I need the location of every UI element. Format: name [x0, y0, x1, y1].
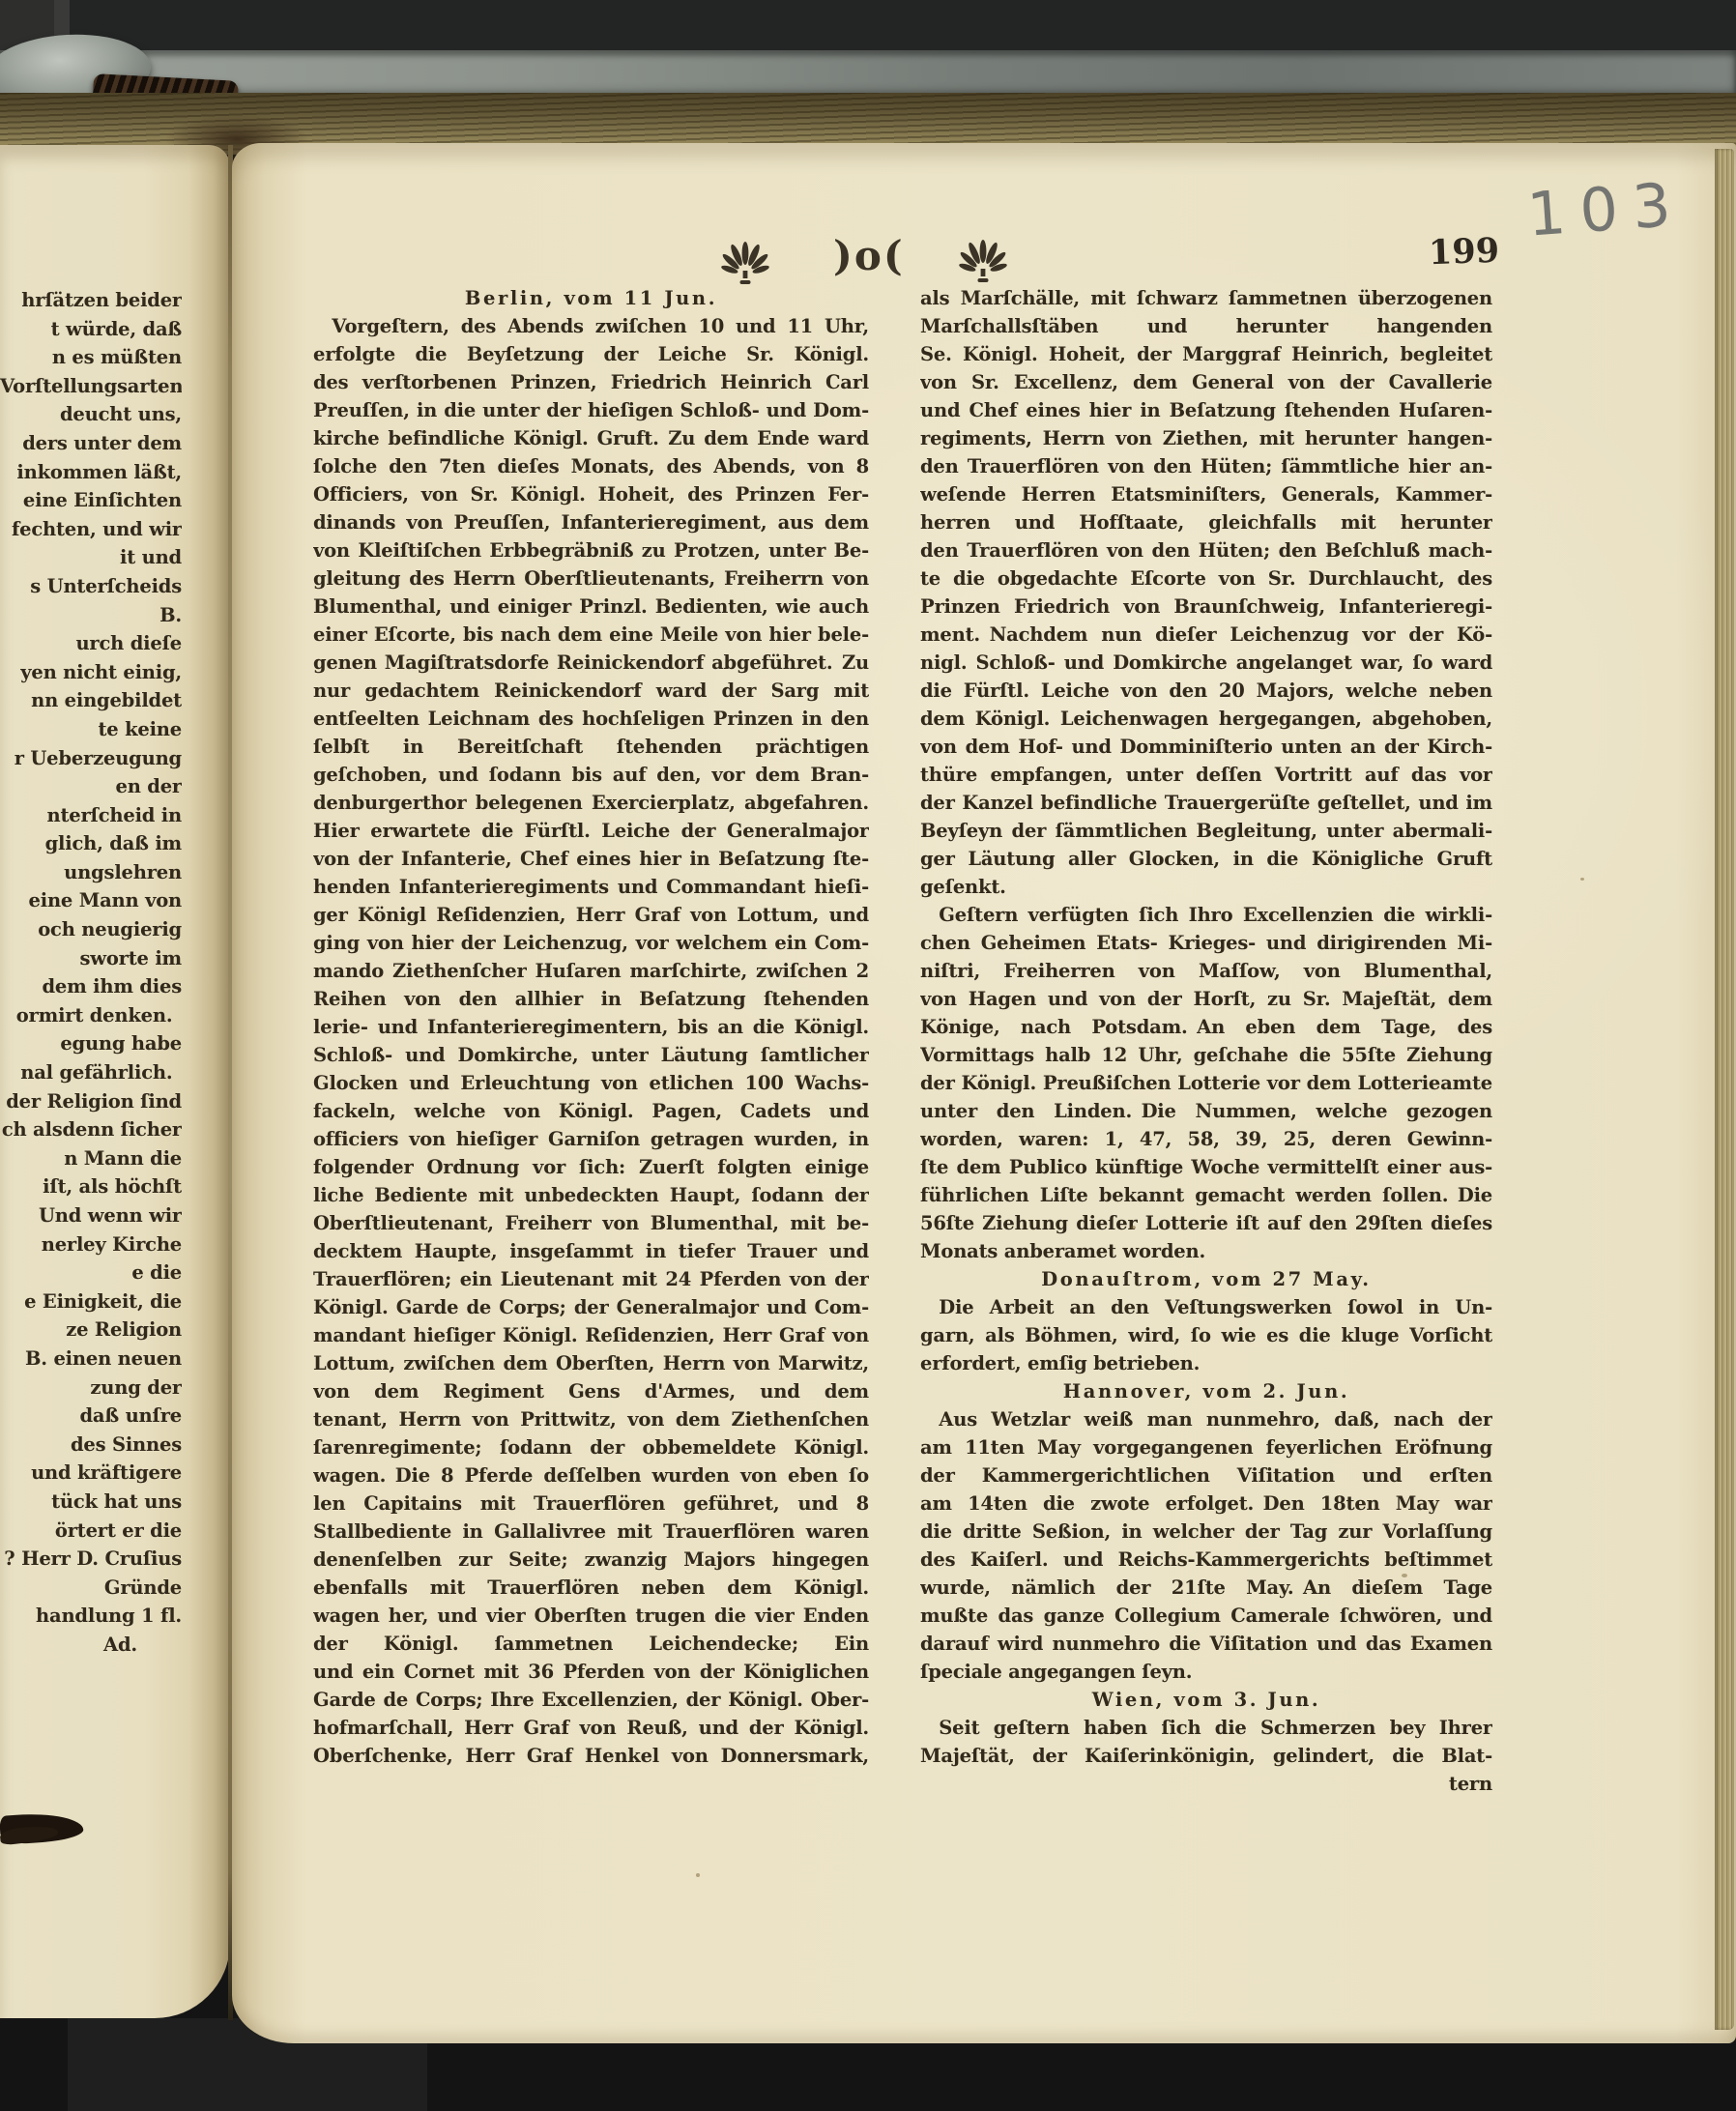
- text-line: ger Läutung aller Glocken, in die Königl…: [920, 845, 1492, 873]
- text-line: eine Mann von einer: [0, 886, 182, 915]
- text-line: ormirt denken. Aber: [0, 1001, 182, 1030]
- text-line: it und Gleichgültigkeit: [0, 543, 182, 572]
- text-line: des Sinnes gemäßer: [0, 1431, 182, 1460]
- text-line: weſende Herren Etatsminiſters, Generals,…: [920, 480, 1492, 508]
- text-line: mando Ziethenſcher Huſaren marſchirte, z…: [313, 957, 869, 985]
- text-line: genen Magiſtratsdorfe Reinickendorf abge…: [313, 649, 869, 677]
- text-line: Schloß- und Domkirche, unter Läutung ſam…: [313, 1041, 869, 1069]
- text-line: Marſchallsſtäben und herunter hangenden …: [920, 312, 1492, 340]
- text-line: sworte im Abendmahl: [0, 944, 182, 973]
- text-line: von Kleiſtiſchen Erbbegräbniß zu Protzen…: [313, 536, 869, 564]
- text-line: denburgerthor belegenen Exercierplatz, a…: [313, 789, 869, 817]
- text-line: des verſtorbenen Prinzen, Friedrich Hein…: [313, 368, 869, 396]
- text-line: Hier erwartete die Fürſtl. Leiche der Ge…: [313, 817, 869, 845]
- text-line: te die obgedachte Eſcorte von Sr. Durchl…: [920, 564, 1492, 593]
- text-line: und ein Cornet mit 36 Pferden von der Kö…: [313, 1658, 869, 1686]
- left-page-column: hrſätzen beider Kirchent würde, daß desh…: [0, 286, 182, 1660]
- text-line: B. Unionsvorſchläge,: [0, 601, 182, 630]
- text-line: Hannover, vom 2. Jun.: [920, 1377, 1492, 1405]
- text-line: och neugierig ſeyn, zu: [0, 915, 182, 944]
- text-line: von dem Regiment Gens d'Armes, und dem O…: [313, 1377, 869, 1405]
- signature-mark: )o(: [833, 232, 905, 279]
- text-line: nur gedachtem Reinickendorf ward der Sar…: [313, 677, 869, 705]
- main-page: )o( 199 103 Berlin, vom 11 Jun. Vorgeſte: [232, 143, 1736, 2043]
- text-line: regiments, Herrn von Ziethen, mit herunt…: [920, 424, 1492, 452]
- text-line: fechten, und wir fürch-: [0, 515, 182, 544]
- text-line: e die Communion ver-: [0, 1258, 182, 1287]
- text-line: ze Religion hätte.: [0, 1316, 182, 1345]
- text-line: Könige, nach Potsdam. An eben dem Tage, …: [920, 1013, 1492, 1041]
- text-line: liche Bediente mit unbedeckten Haupt, ſo…: [313, 1181, 869, 1209]
- left-page: hrſätzen beider Kirchent würde, daß desh…: [0, 145, 230, 2018]
- text-line: von der Infanterie, Chef eines hier in B…: [313, 845, 869, 873]
- text-line: der Kanzel befindliche Trauergerüſte geſ…: [920, 789, 1492, 817]
- text-line: gleitung des Herrn Oberſtlieutenants, Fr…: [313, 564, 869, 593]
- text-line: te keine Fundamental-: [0, 715, 182, 744]
- text-line: ebenfalls mit Trauerflören neben dem Kön…: [313, 1574, 869, 1602]
- text-line: hofmarſchall, Herr Graf von Reuß, und de…: [313, 1714, 869, 1742]
- foliation-stamp: 103: [1525, 168, 1688, 249]
- text-line: Reihen von den allhier in Beſatzung ſteh…: [313, 985, 869, 1013]
- text-line: r Ueberzeugung beider-: [0, 744, 182, 773]
- text-line: ch alsdenn ſicher blei-: [0, 1115, 182, 1144]
- text-line: Majeſtät, der Kaiſerinkönigin, gelindert…: [920, 1742, 1492, 1770]
- text-line: niſtri, Freiherren von Maſſow, von Blume…: [920, 957, 1492, 985]
- book-scan: hrſätzen beider Kirchent würde, daß desh…: [0, 0, 1736, 2111]
- text-line: 56ſte Ziehung dieſer Lotterie iſt auf de…: [920, 1209, 1492, 1237]
- text-line: Seit geſtern haben ſich die Schmerzen be…: [920, 1714, 1492, 1742]
- text-line: ungslehren ausgelaſſen: [0, 858, 182, 887]
- fore-edge-stack: [1715, 149, 1734, 2030]
- text-line: egung habe keinen Ein-: [0, 1029, 182, 1058]
- text-line: Vormittags halb 12 Uhr, geſchahe die 55ſ…: [920, 1041, 1492, 1069]
- text-column-2: als Marſchälle, mit ſchwarz ſammetnen üb…: [920, 284, 1492, 1798]
- text-line: wagen her, und vier Oberſten trugen die …: [313, 1602, 869, 1630]
- text-line: Geſtern verfügten ſich Ihro Excellenzien…: [920, 901, 1492, 929]
- text-line: ders unter dem gemei-: [0, 429, 182, 458]
- text-line: ſelbſt in Bereitſchaft ſtehenden prächti…: [313, 733, 869, 761]
- text-line: Donauſtrom, vom 27 May.: [920, 1265, 1492, 1293]
- text-line: der Religion ſind wir: [0, 1087, 182, 1116]
- text-line: Wien, vom 3. Jun.: [920, 1686, 1492, 1714]
- text-line: Beyſeyn der ſämmtlichen Begleitung, unte…: [920, 817, 1492, 845]
- text-line: örtert er die Frage:: [0, 1517, 182, 1546]
- text-line: der Kammergerichtlichen Viſitation und e…: [920, 1461, 1492, 1489]
- text-line: zung der Einſetzungs-: [0, 1374, 182, 1403]
- text-line: inkommen läßt, einem: [0, 458, 182, 487]
- text-line: Officiers, von Sr. Königl. Hoheit, des P…: [313, 480, 869, 508]
- text-line: thüre empfangen, unter deſſen Vortritt a…: [920, 761, 1492, 789]
- text-line: s Unterſcheids der Re-: [0, 572, 182, 601]
- text-line: urch dieſe Vorſchlage: [0, 629, 182, 658]
- text-line: nerley Kirche lehrten,: [0, 1230, 182, 1259]
- text-line: Oberſtlieutenant, Freiherr von Blumentha…: [313, 1209, 869, 1237]
- text-line: nigl. Schloß- und Domkirche angelanget w…: [920, 649, 1492, 677]
- text-line: Blumenthal, und einiger Prinzl. Bediente…: [313, 593, 869, 621]
- text-line: B. einen neuen Be-: [0, 1345, 182, 1374]
- text-line: n Mann die Unterſchei-: [0, 1144, 182, 1173]
- text-line: folgender Ordnung vor ſich: Zuerſt folgt…: [313, 1153, 869, 1181]
- text-line: dinands von Preuſſen, Infanterieregiment…: [313, 508, 869, 536]
- text-line: Lottum, zwiſchen dem Oberſten, Herrn von…: [313, 1349, 869, 1377]
- text-line: darauf wird nunmehro die Viſitation und …: [920, 1630, 1492, 1658]
- text-line: handlung 1 fl.: [0, 1602, 182, 1631]
- text-line: officiers von hieſiger Garniſon getragen…: [313, 1125, 869, 1153]
- text-line: henden Infanterieregiments und Commandan…: [313, 873, 869, 901]
- text-line: len Capitains mit Trauerflören geführet,…: [313, 1489, 869, 1518]
- text-line: Se. Königl. Hoheit, der Marggraf Heinric…: [920, 340, 1492, 368]
- text-line: mußte das ganze Collegium Camerale ſchwö…: [920, 1602, 1492, 1630]
- text-line: erfolgte die Beyſetzung der Leiche Sr. K…: [313, 340, 869, 368]
- text-line: nn eingebildet werden: [0, 686, 182, 715]
- text-line: Die Arbeit an den Veſtungswerken ſowol i…: [920, 1293, 1492, 1321]
- text-line: nal gefährlich. Vor: [0, 1058, 182, 1087]
- text-line: und Chef eines hier in Beſatzung ſtehend…: [920, 396, 1492, 424]
- text-line: von Hagen und von der Horſt, zu Sr. Maje…: [920, 985, 1492, 1013]
- text-line: Vorgeſtern, des Abends zwiſchen 10 und 1…: [313, 312, 869, 340]
- text-line: Garde de Corps; Ihre Excellenzien, der K…: [313, 1686, 869, 1714]
- text-line: ging von hier der Leichenzug, vor welche…: [313, 929, 869, 957]
- text-line: Prinzen Friedrich von Braunſchweig, Infa…: [920, 593, 1492, 621]
- text-line: am 14ten die zwote erfolget. Den 18ten M…: [920, 1489, 1492, 1518]
- text-line: glich, daß im catecheti-: [0, 829, 182, 858]
- text-line: deucht uns, geſchicht: [0, 400, 182, 429]
- text-line: von Sr. Excellenz, dem General von der C…: [920, 368, 1492, 396]
- text-line: nterſcheid in Hauptbe-: [0, 801, 182, 830]
- text-line: n es müßten einem je-: [0, 343, 182, 372]
- text-line: Berlin, vom 11 Jun.: [313, 284, 869, 312]
- text-line: Preuſſen, in die unter der hieſigen Schl…: [313, 396, 869, 424]
- text-line: herren und Hofſtaate, gleichfalls mit he…: [920, 508, 1492, 536]
- text-line: einer Eſcorte, bis nach dem eine Meile v…: [313, 621, 869, 649]
- text-line: wagen. Die 8 Pferde deſſelben wurden von…: [313, 1461, 869, 1489]
- text-line: iſt, als höchſt wichtig: [0, 1172, 182, 1201]
- text-line: am 11ten May vorgegangenen feyerlichen E…: [920, 1433, 1492, 1461]
- text-line: worden, waren: 1, 47, 58, 39, 25, deren …: [920, 1125, 1492, 1153]
- text-line: Gründe widerlegt. —: [0, 1574, 182, 1603]
- text-line: als Marſchälle, mit ſchwarz ſammetnen üb…: [920, 284, 1492, 312]
- text-line: die Fürſtl. Leiche von den 20 Majors, we…: [920, 677, 1492, 705]
- text-line: eine Einſichten zu be-: [0, 486, 182, 515]
- text-line: tenant, Herrn von Prittwitz, von dem Zie…: [313, 1405, 869, 1433]
- text-line: von dem Hof- und Domminiſterio unten an …: [920, 733, 1492, 761]
- text-line: Und wenn wir auch: [0, 1201, 182, 1230]
- text-line: ſpeciale angegangen ſeyn.: [920, 1658, 1492, 1686]
- text-line: des Kaiſerl. und Reichs-Kammergerichts b…: [920, 1546, 1492, 1574]
- text-line: und kräftigere Wahr-: [0, 1459, 182, 1488]
- text-line: tück hat uns ausneh-: [0, 1488, 182, 1517]
- text-line: garn, als Böhmen, wird, ſo wie es die kl…: [920, 1321, 1492, 1349]
- text-line: hrſätzen beider Kirchen: [0, 286, 182, 315]
- text-line: tern: [920, 1770, 1492, 1798]
- text-line: entſeelten Leichnam des hochſeligen Prin…: [313, 705, 869, 733]
- text-line: ſolche den 7ten dieſes Monats, des Abend…: [313, 452, 869, 480]
- text-line: den Trauerflören von den Hüten; den Beſc…: [920, 536, 1492, 564]
- text-line: ? Herr D. Cruſius: [0, 1545, 182, 1574]
- text-line: unter den Linden. Die Nummen, welche gez…: [920, 1097, 1492, 1125]
- text-line: lerie- und Infanterieregimentern, bis an…: [313, 1013, 869, 1041]
- text-line: Vorſtellungsarten ge-: [0, 372, 182, 401]
- text-line: fackeln, welche von Königl. Pagen, Cadet…: [313, 1097, 869, 1125]
- text-line: Aus Wetzlar weiß man nunmehro, daß, nach…: [920, 1405, 1492, 1433]
- text-line: geſchoben, und ſodann bis auf den, vor d…: [313, 761, 869, 789]
- text-line: mandant hieſiger Königl. Reſidenzien, He…: [313, 1321, 869, 1349]
- text-line: ger Königl Reſidenzien, Herr Graf von Lo…: [313, 901, 869, 929]
- text-line: decktem Haupte, insgeſammt in tiefer Tra…: [313, 1237, 869, 1265]
- page-number: 199: [1428, 231, 1499, 274]
- text-line: der Königl. Preußiſchen Lotterie vor dem…: [920, 1069, 1492, 1097]
- text-line: Ad.: [0, 1631, 182, 1660]
- text-line: daß unſre Auslegung: [0, 1402, 182, 1431]
- text-line: den Trauerflören von den Hüten; ſämmtlic…: [920, 452, 1492, 480]
- text-line: Stallbediente in Gallalivree mit Trauerf…: [313, 1518, 869, 1546]
- text-line: wurde, nämlich der 21ſte May. An dieſem …: [920, 1574, 1492, 1602]
- text-line: Glocken und Erleuchtung von etlichen 100…: [313, 1069, 869, 1097]
- text-line: geſenkt.: [920, 873, 1492, 901]
- text-line: Monats anberamet worden.: [920, 1237, 1492, 1265]
- text-line: en der Unterſcheid al-: [0, 772, 182, 801]
- text-line: Oberſchenke, Herr Graf Henkel von Donner…: [313, 1742, 869, 1770]
- text-line: chen Geheimen Etats- Krieges- und dirigi…: [920, 929, 1492, 957]
- text-line: kirche befindliche Königl. Gruft. Zu dem…: [313, 424, 869, 452]
- text-line: führlichen Liſte bekannt gemacht werden …: [920, 1181, 1492, 1209]
- text-line: ment. Nachdem nun dieſer Leichenzug vor …: [920, 621, 1492, 649]
- text-line: e Einigkeit, die einen: [0, 1287, 182, 1316]
- text-line: die dritte Seßion, in welcher der Tag zu…: [920, 1518, 1492, 1546]
- text-line: denenſelben zur Seite; zwanzig Majors hi…: [313, 1546, 869, 1574]
- text-line: Trauerflören; ein Lieutenant mit 24 Pfer…: [313, 1265, 869, 1293]
- text-line: der Königl. ſammetnen Leichendecke; Ein …: [313, 1630, 869, 1658]
- text-line: dem ihm dies gezeigt: [0, 972, 182, 1001]
- text-line: Königl. Garde de Corps; der Generalmajor…: [313, 1293, 869, 1321]
- text-line: t würde, daß deshalb: [0, 315, 182, 344]
- text-column-1: Berlin, vom 11 Jun. Vorgeſtern, des Aben…: [313, 284, 869, 1770]
- text-line: dem Königl. Leichenwagen hergegangen, ab…: [920, 705, 1492, 733]
- text-line: ſarenregimente; ſodann der obbemeldete K…: [313, 1433, 869, 1461]
- text-line: yen nicht einig, denn: [0, 658, 182, 687]
- text-line: erfordert, emſig betrieben.: [920, 1349, 1492, 1377]
- shell-ornament-icon: [955, 234, 1011, 290]
- text-line: ſte dem Publico künftige Woche vermittel…: [920, 1153, 1492, 1181]
